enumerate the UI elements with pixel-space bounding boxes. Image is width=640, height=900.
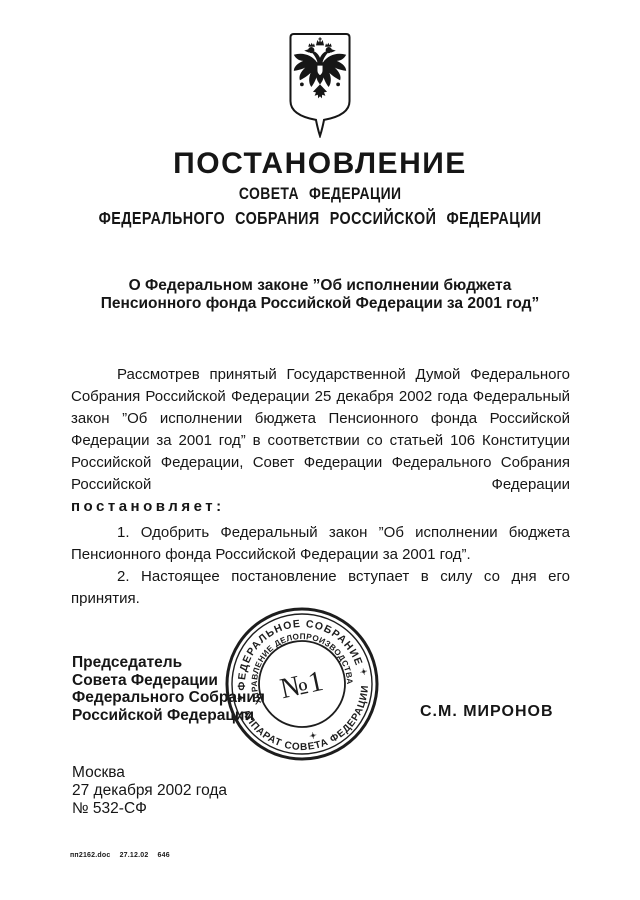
body-paragraph: Рассмотрев принятый Государственной Думо… bbox=[71, 364, 570, 496]
issuing-body-line2: ФЕДЕРАЛЬНОГО СОБРАНИЯ РОССИЙСКОЙ ФЕДЕРАЦ… bbox=[0, 208, 640, 229]
body-text: Рассмотрев принятый Государственной Думо… bbox=[71, 364, 570, 610]
issue-date: 27 декабря 2002 года bbox=[72, 782, 227, 800]
issuing-body-line2-text: ФЕДЕРАЛЬНОГО СОБРАНИЯ РОССИЙСКОЙ ФЕДЕРАЦ… bbox=[99, 208, 542, 229]
resolves-keyword: постановляет: bbox=[71, 496, 570, 518]
resolution-item-1: 1. Одобрить Федеральный закон ”Об исполн… bbox=[71, 522, 570, 566]
stamp-separator-left: ✦ bbox=[236, 692, 246, 703]
issuing-body-line1: СОВЕТА ФЕДЕРАЦИИ bbox=[0, 184, 640, 204]
issue-number: № 532-СФ bbox=[72, 800, 227, 818]
issue-block: Москва 27 декабря 2002 года № 532-СФ bbox=[72, 764, 227, 818]
coat-of-arms-icon bbox=[286, 32, 354, 138]
stamp-center-number: №1 bbox=[277, 665, 327, 705]
issue-city: Москва bbox=[72, 764, 227, 782]
signature-name: С.М. МИРОНОВ bbox=[420, 703, 554, 721]
issuing-body-line1-text: СОВЕТА ФЕДЕРАЦИИ bbox=[239, 184, 402, 204]
official-stamp: ФЕДЕРАЛЬНОЕ СОБРАНИЕ АППАРАТ СОВЕТА ФЕДЕ… bbox=[221, 602, 383, 766]
footer-note: пп2162.doc 27.12.02 646 bbox=[70, 852, 170, 859]
doc-title: ПОСТАНОВЛЕНИЕ bbox=[0, 147, 640, 181]
document-page: ПОСТАНОВЛЕНИЕ СОВЕТА ФЕДЕРАЦИИ ФЕДЕРАЛЬН… bbox=[0, 0, 640, 900]
subject-heading: О Федеральном законе ”Об исполнении бюдж… bbox=[70, 277, 570, 312]
subject-line1: О Федеральном законе ”Об исполнении бюдж… bbox=[70, 277, 570, 295]
subject-line2: Пенсионного фонда Российской Федерации з… bbox=[70, 295, 570, 313]
stamp-separator-right: ✦ bbox=[359, 666, 369, 677]
stamp-separator-bottom: ✦ bbox=[308, 730, 318, 741]
